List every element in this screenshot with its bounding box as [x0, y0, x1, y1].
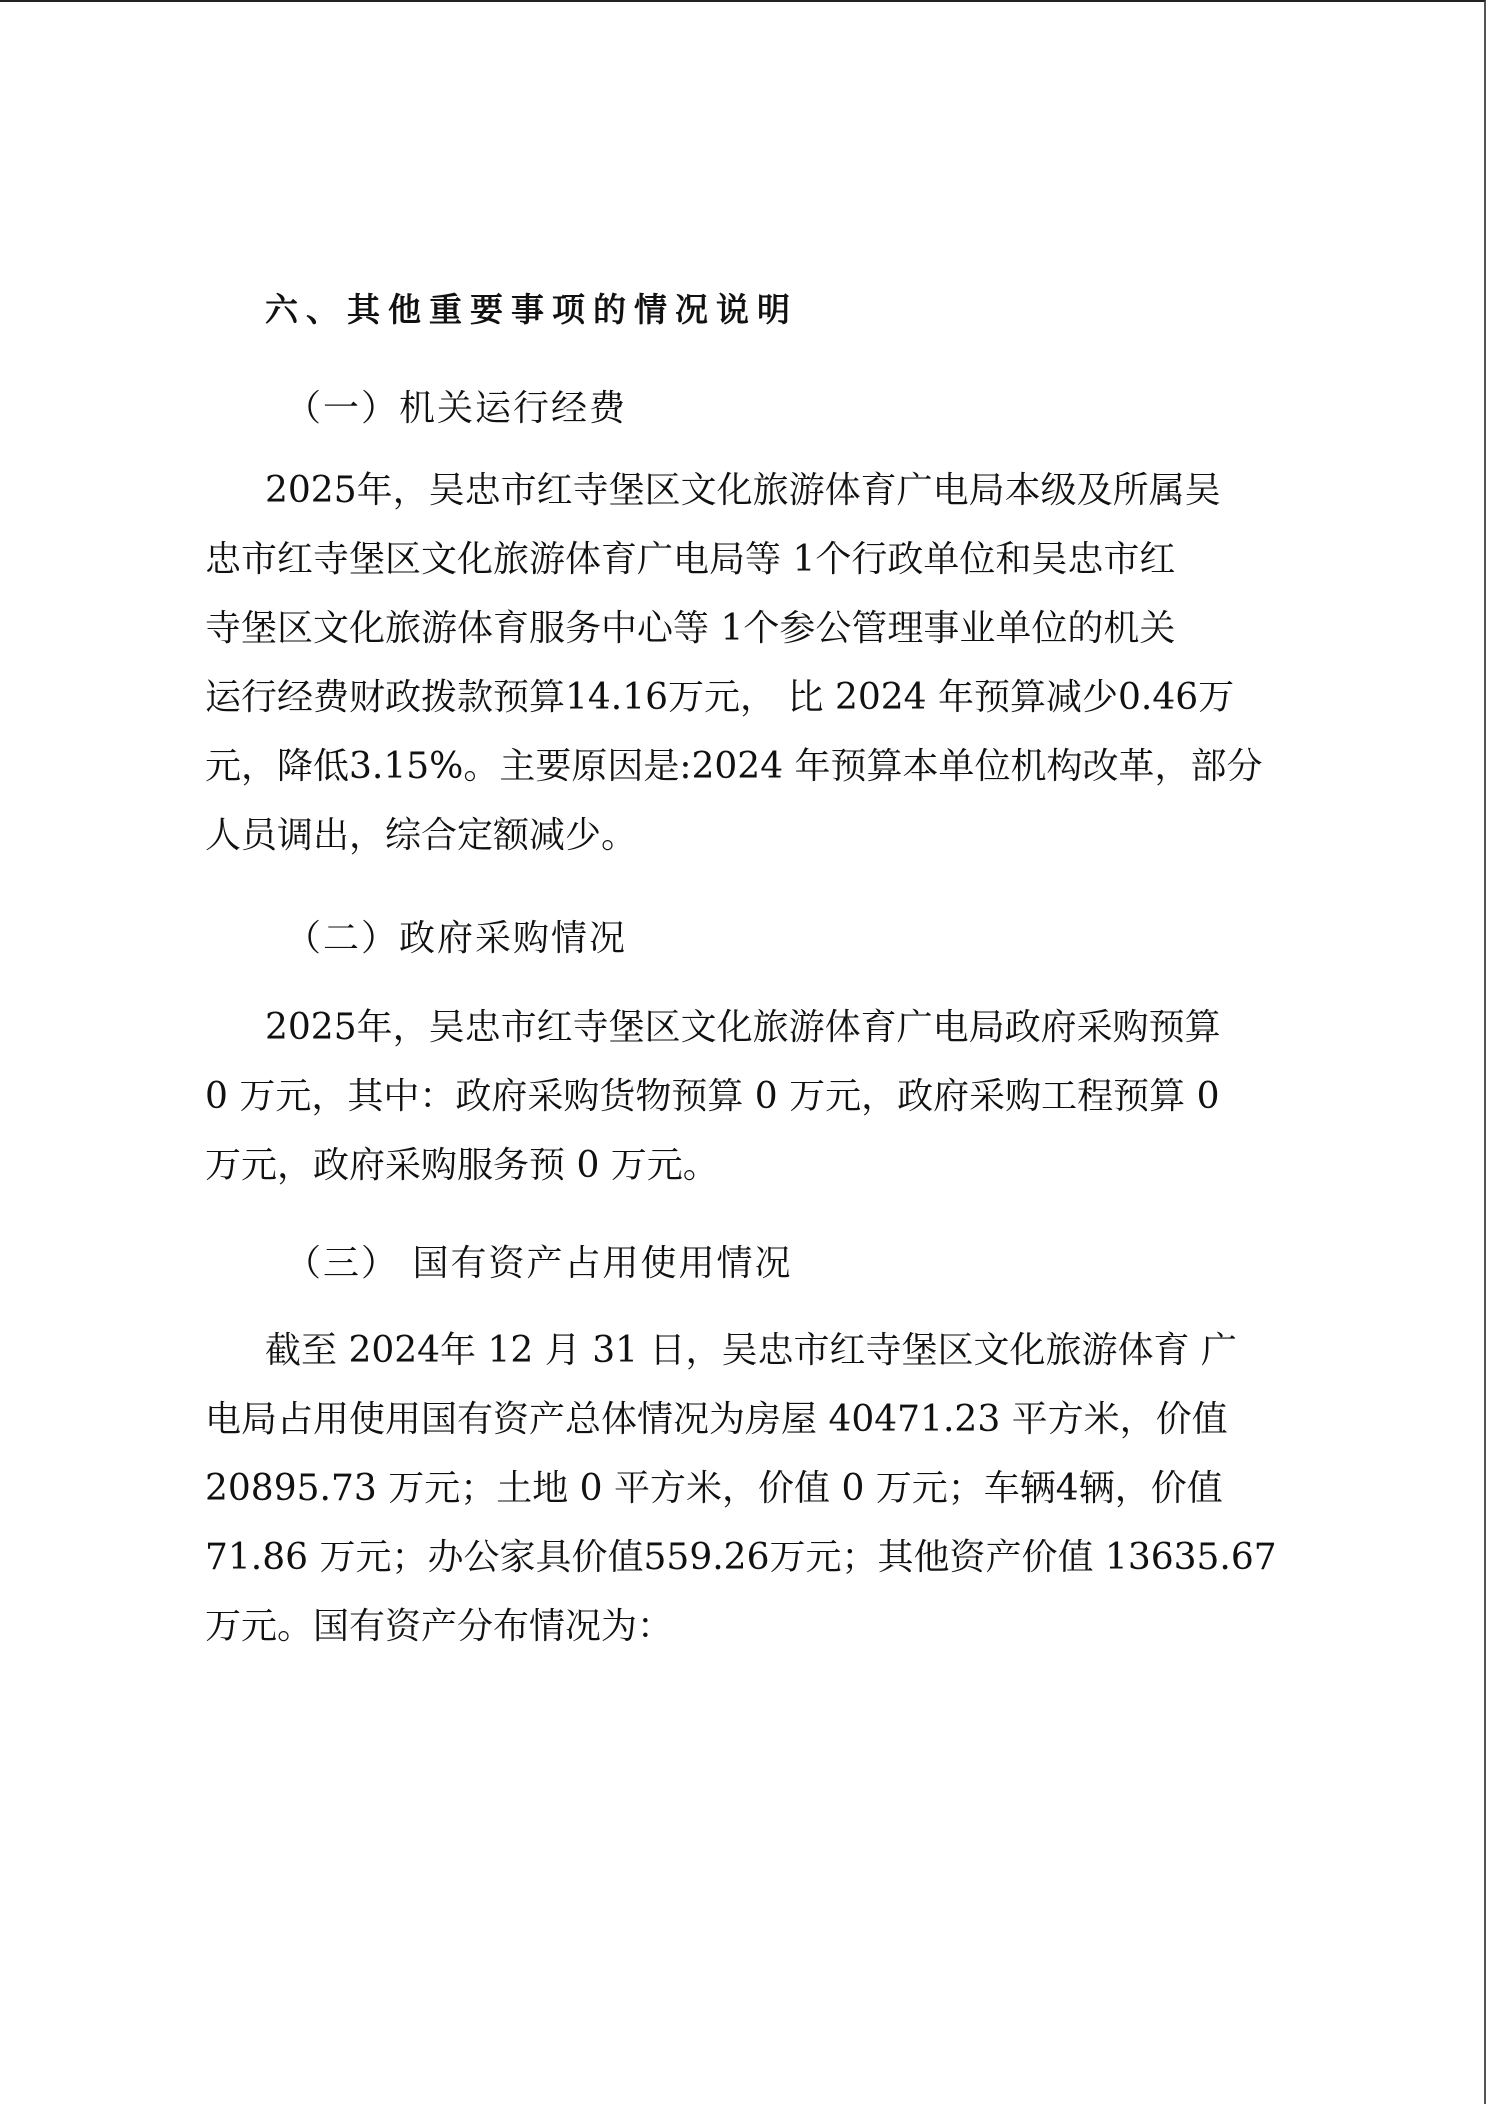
- paragraph-line: 万元。国有资产分布情况为：: [205, 1592, 1295, 1661]
- paragraph-line: 元，降低3.15%。主要原因是:2024 年预算本单位机构改革，部分: [205, 732, 1295, 801]
- subsection-title-procurement: （二）政府采购情况: [285, 910, 627, 961]
- paragraph-line: 电局占用使用国有资产总体情况为房屋 40471.23 平方米，价值: [205, 1385, 1295, 1454]
- paragraph-line: 2025年，吴忠市红寺堡区文化旅游体育广电局政府采购预算: [205, 993, 1295, 1062]
- paragraph-line: 截至 2024年 12 月 31 日，吴忠市红寺堡区文化旅游体育 广: [205, 1316, 1295, 1385]
- paragraph-line: 万元，政府采购服务预 0 万元。: [205, 1131, 1295, 1200]
- paragraph-operating-expenses: 2025年，吴忠市红寺堡区文化旅游体育广电局本级及所属吴 忠市红寺堡区文化旅游体…: [205, 456, 1295, 870]
- section-heading: 六、其他重要事项的情况说明: [265, 284, 798, 331]
- paragraph-line: 0 万元，其中：政府采购货物预算 0 万元，政府采购工程预算 0: [205, 1062, 1295, 1131]
- paragraph-line: 运行经费财政拨款预算14.16万元， 比 2024 年预算减少0.46万: [205, 663, 1295, 732]
- paragraph-line: 人员调出，综合定额减少。: [205, 801, 1295, 870]
- subsection-title-state-assets: （三） 国有资产占用使用情况: [285, 1235, 792, 1286]
- paragraph-line: 20895.73 万元；土地 0 平方米，价值 0 万元；车辆4辆，价值: [205, 1454, 1295, 1523]
- paragraph-procurement: 2025年，吴忠市红寺堡区文化旅游体育广电局政府采购预算 0 万元，其中：政府采…: [205, 993, 1295, 1200]
- paragraph-line: 忠市红寺堡区文化旅游体育广电局等 1个行政单位和吴忠市红: [205, 525, 1295, 594]
- paragraph-line: 寺堡区文化旅游体育服务中心等 1个参公管理事业单位的机关: [205, 594, 1295, 663]
- paragraph-line: 71.86 万元；办公家具价值559.26万元；其他资产价值 13635.67: [205, 1523, 1295, 1592]
- paragraph-state-assets: 截至 2024年 12 月 31 日，吴忠市红寺堡区文化旅游体育 广 电局占用使…: [205, 1316, 1295, 1661]
- subsection-title-operating-expenses: （一）机关运行经费: [285, 380, 627, 431]
- paragraph-line: 2025年，吴忠市红寺堡区文化旅游体育广电局本级及所属吴: [205, 456, 1295, 525]
